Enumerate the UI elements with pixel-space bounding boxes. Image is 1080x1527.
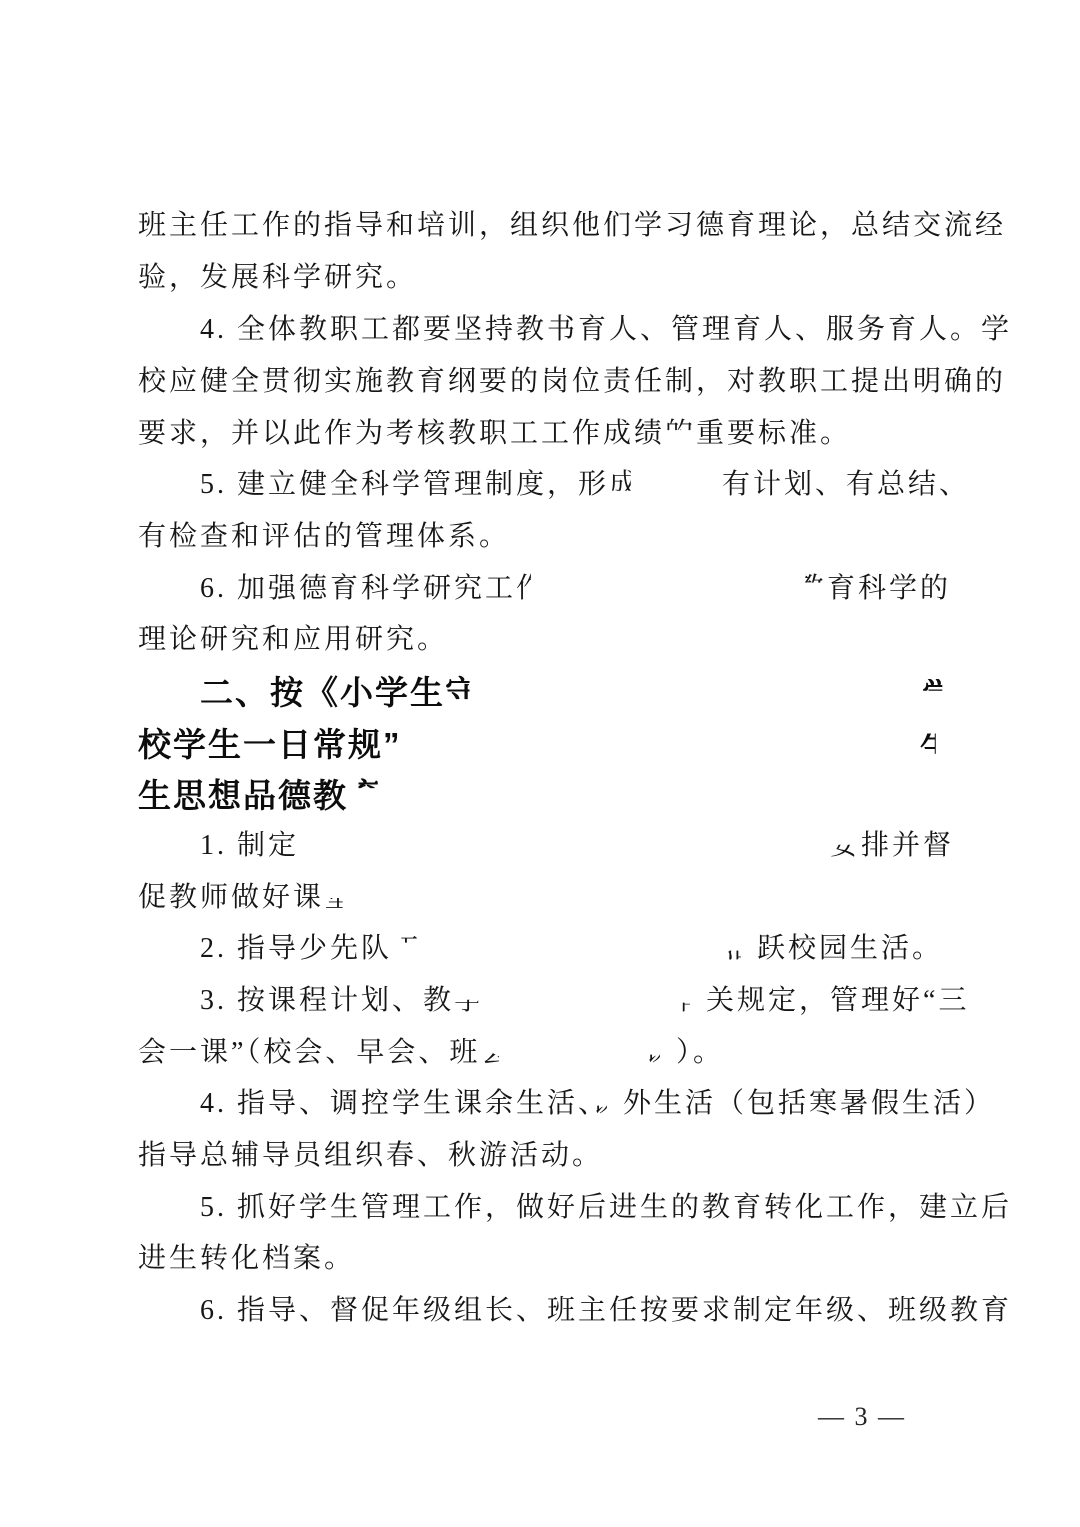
- text-run: 3. 按课程计划、教学: [200, 985, 485, 1017]
- text-run: 4. 全体教职工都要坚持教书育人、管理育人、服务育人。学: [200, 314, 1012, 346]
- text-segment: 有计划、有总结、: [722, 469, 970, 500]
- text-run: 课）。: [645, 1037, 724, 1069]
- partial-char: 课: [592, 1088, 623, 1120]
- page-number: — 3 —: [818, 1402, 906, 1432]
- text-run: 安排并督: [830, 830, 954, 862]
- text-segment: 有检查和评估的管理体系。: [138, 521, 510, 552]
- partial-char: 会: [480, 1037, 511, 1069]
- text-run: 会一课”（校会、早会、班会: [138, 1037, 511, 1069]
- text-segment: 进生转化档案。: [138, 1243, 355, 1274]
- text-segment: 二、按《小学生: [200, 674, 445, 711]
- text-run: 班主任工作的指导和培训，组织他们学习德育理论，总结交流经: [138, 210, 1006, 242]
- text-segment: 育科学的: [827, 573, 951, 604]
- text-run: 活跃校园生活。: [726, 933, 943, 965]
- text-run: 验，发展科学研究。: [138, 262, 417, 294]
- text-run: 5. 建立健全科学管理制度，形成: [200, 469, 640, 501]
- text-segment: 5. 抓好学生管理工作，做好后进生的教育转化工作，建立后: [200, 1192, 1012, 1223]
- text-segment: 促教师做好课: [138, 882, 324, 913]
- partial-char: 守: [445, 674, 480, 711]
- partial-char: 堂: [324, 882, 355, 914]
- text-segment: 班主任工作的指导和培训，组织他们学习德育理论，总结交流经: [138, 210, 1006, 241]
- text-run: 有关规定，管理好“三: [675, 985, 969, 1017]
- text-run: 指导总辅导员组织春、秋游活动。: [138, 1140, 603, 1172]
- partial-char: 安: [830, 830, 861, 862]
- partial-char: 学: [454, 985, 485, 1017]
- text-run: 进生转化档案。: [138, 1243, 355, 1275]
- text-segment: 6. 加强德育科学研究工: [200, 573, 516, 604]
- text-segment: 6. 指导、督促年级组长、班主任按要求制定年级、班级教育: [200, 1295, 1012, 1326]
- partial-char: 有: [675, 985, 706, 1017]
- partial-char: 生: [920, 728, 955, 765]
- text-segment: 跃校园生活。: [757, 933, 943, 964]
- partial-char: 工: [392, 933, 423, 965]
- text-run: 2. 指导少先队工: [200, 933, 423, 965]
- text-segment: 4. 指导、调控学生课余生活、: [200, 1088, 609, 1119]
- text-segment: 5. 建立健全科学管理制度，形: [200, 469, 609, 500]
- partial-char: 成: [609, 469, 640, 501]
- text-run: 4. 指导、调控学生课余生活、: [200, 1088, 609, 1120]
- text-segment: 验，发展科学研究。: [138, 262, 417, 293]
- partial-char: 学: [922, 676, 957, 713]
- text-run: 6. 指导、督促年级组长、班主任按要求制定年级、班级教育: [200, 1295, 1012, 1327]
- text-run: 理论研究和应用研究。: [138, 624, 448, 656]
- text-run: 校学生一日常规”: [138, 726, 402, 763]
- partial-char: 的: [665, 418, 696, 450]
- document-page: 班主任工作的指导和培训，组织他们学习德育理论，总结交流经验，发展科学研究。4. …: [0, 0, 1080, 1527]
- text-segment: 校应健全贯彻实施教育纲要的岗位责任制，对教职工提出明确的: [138, 366, 1006, 397]
- text-run: 有检查和评估的管理体系。: [138, 521, 510, 553]
- text-run: 促教师做好课堂: [138, 882, 355, 914]
- text-run: 生思想品德教育: [138, 777, 383, 814]
- text-run: 学: [922, 676, 957, 713]
- text-segment: 2. 指导少先队: [200, 933, 392, 964]
- text-segment: 理论研究和应用研究。: [138, 624, 448, 655]
- text-run: 校应健全贯彻实施教育纲要的岗位责任制，对教职工提出明确的: [138, 366, 1006, 398]
- text-segment: 关规定，管理好“三: [706, 985, 969, 1016]
- text-segment: 3. 按课程计划、教: [200, 985, 454, 1016]
- text-run: 课外生活（包括寒暑假生活）: [592, 1088, 995, 1120]
- partial-char: 教: [796, 573, 827, 605]
- text-run: 教育科学的: [796, 573, 951, 605]
- text-segment: 1. 制定: [200, 830, 299, 861]
- text-segment: ）。: [676, 1037, 724, 1068]
- text-segment: 校学生一日常规”: [138, 726, 402, 763]
- text-segment: 指导总辅导员组织春、秋游活动。: [138, 1140, 603, 1171]
- text-run: 生: [920, 728, 955, 765]
- partial-char: 作: [516, 573, 547, 605]
- text-segment: 外生活（包括寒暑假生活）: [623, 1088, 995, 1119]
- text-segment: 排并督: [861, 830, 954, 861]
- partial-char: 课: [645, 1037, 676, 1069]
- text-run: 6. 加强德育科学研究工作: [200, 573, 547, 605]
- text-segment: 生思想品德教: [138, 777, 348, 814]
- text-run: 有计划、有总结、: [722, 469, 970, 501]
- text-segment: 要求，并以此作为考核教职工工作成绩: [138, 418, 665, 449]
- text-segment: 会一课”（校会、早会、班: [138, 1037, 480, 1068]
- text-segment: 重要标准。: [696, 418, 851, 449]
- text-run: 二、按《小学生守: [200, 674, 480, 711]
- partial-char: 活: [726, 933, 757, 965]
- text-run: 要求，并以此作为考核教职工工作成绩的重要标准。: [138, 418, 851, 450]
- text-segment: 4. 全体教职工都要坚持教书育人、管理育人、服务育人。学: [200, 314, 1012, 345]
- text-run: 1. 制定: [200, 830, 299, 862]
- partial-char: 育: [348, 777, 383, 814]
- text-run: 5. 抓好学生管理工作，做好后进生的教育转化工作，建立后: [200, 1192, 1012, 1224]
